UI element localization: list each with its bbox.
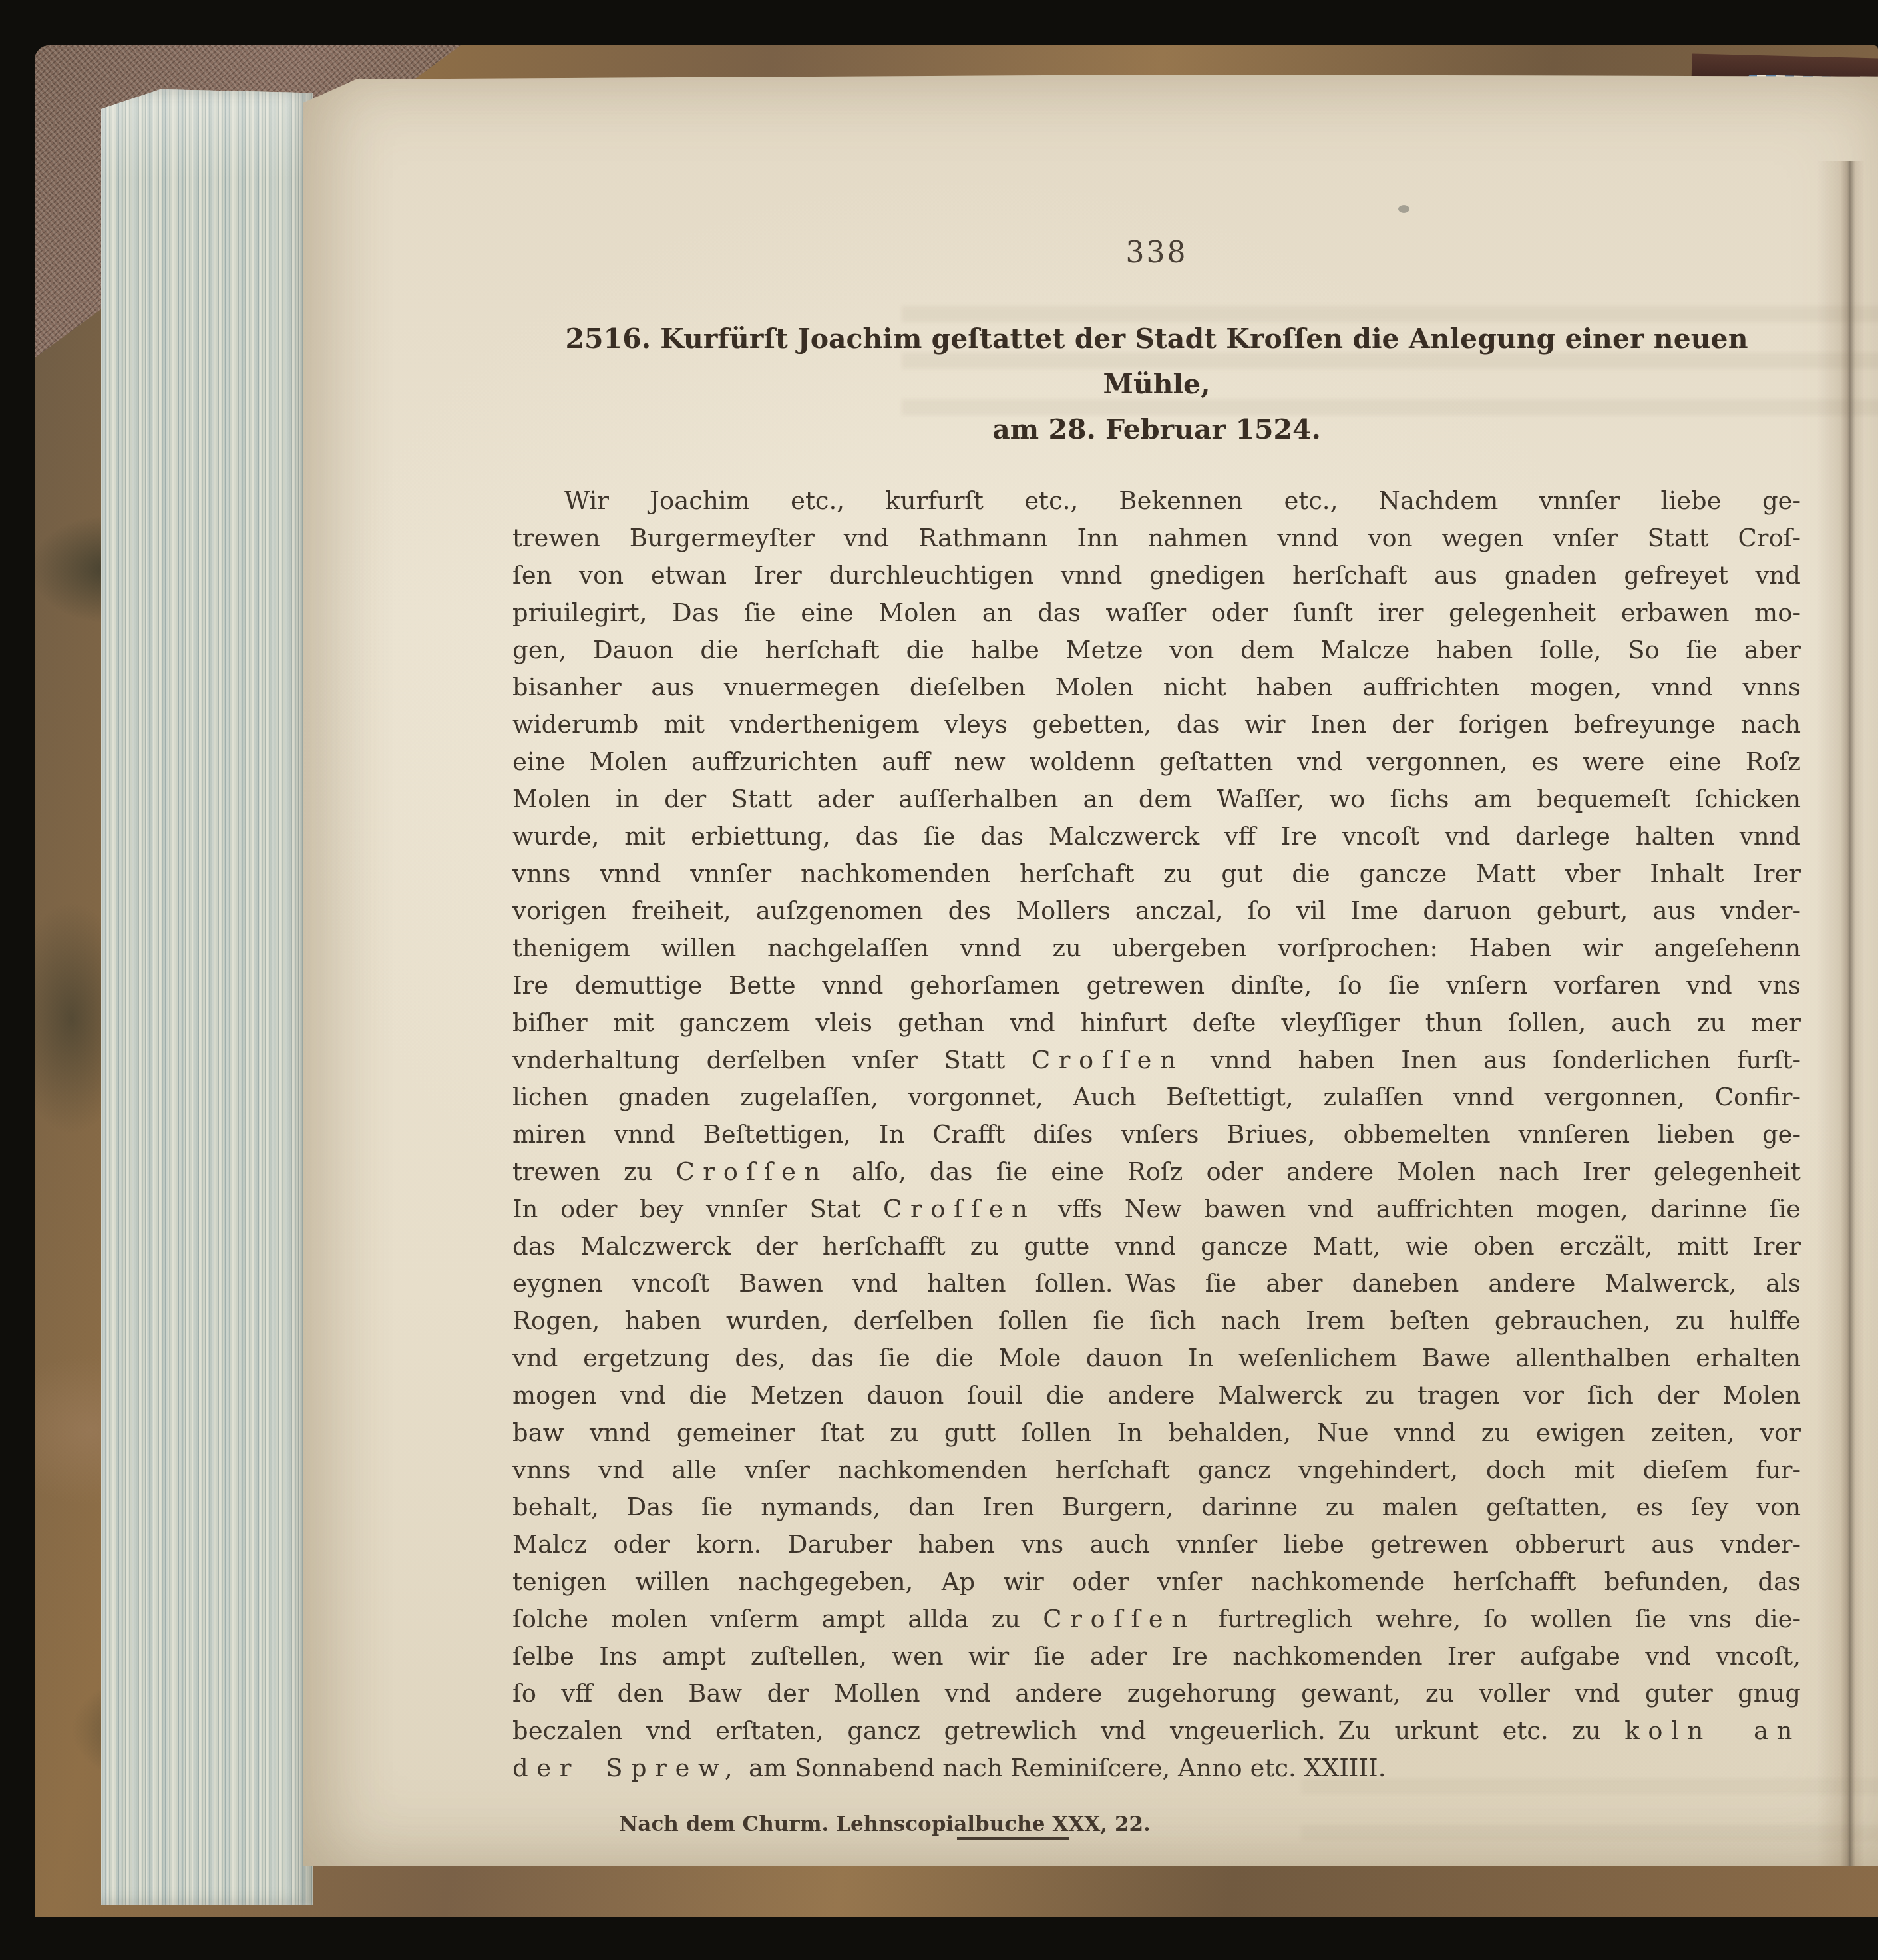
body-line: baw vnnd gemeiner ſtat zu gutt ſollen In… <box>512 1414 1801 1452</box>
body-line: vorigen freiheit, auſzgenomen des Moller… <box>512 892 1801 930</box>
body-line: bisanher aus vnuermegen dieſelben Molen … <box>512 669 1801 706</box>
body-line: Molen in der Statt ader auſſerhalben an … <box>512 781 1801 818</box>
body-line: vnns vnnd vnnſer nachkomenden herſchaft … <box>512 855 1801 892</box>
body-line: eine Molen auffzurichten auff new wolden… <box>512 743 1801 781</box>
scanned-book-photo: { "page": { "number": "338", "heading": … <box>0 0 1878 1960</box>
letterspaced-word: der Sprew, <box>512 1754 741 1782</box>
body-line: der Sprew, am Sonnabend nach Reminiſcere… <box>512 1750 1801 1787</box>
body-line: trewen zu Croſſen alſo, das ſie eine Roſ… <box>512 1153 1801 1191</box>
body-line: beczalen vnd erſtaten, gancz getrewlich … <box>512 1712 1801 1750</box>
letterspaced-word: Croſſen <box>883 1195 1035 1223</box>
letterspaced-word: Croſſen <box>675 1157 828 1186</box>
body-line: das Malczwerck der herſchafft zu gutte v… <box>512 1228 1801 1265</box>
heading-line-1: 2516. Kurfürſt Joachim geſtattet der Sta… <box>512 316 1801 407</box>
source-footnote: Nach dem Churm. Lehnscopialbuche XXX, 22… <box>619 1812 1801 1836</box>
body-line: widerumb mit vnderthenigem vleys gebette… <box>512 706 1801 743</box>
body-line: ſelbe Ins ampt zuſtellen, wen wir ſie ad… <box>512 1638 1801 1675</box>
body-line: miren vnnd Beſtettigen, In Crafft diſes … <box>512 1116 1801 1153</box>
body-line: vnd ergetzung des, das ſie die Mole dauo… <box>512 1340 1801 1377</box>
text-block: 338 2516. Kurfürſt Joachim geſtattet der… <box>512 75 1801 1836</box>
letterspaced-word: Croſſen <box>1043 1605 1195 1633</box>
body-line: In oder bey vnnſer Stat Croſſen vffs New… <box>512 1191 1801 1228</box>
document-heading: 2516. Kurfürſt Joachim geſtattet der Sta… <box>512 316 1801 452</box>
body-line: lichen gnaden zugelaſſen, vorgonnet, Auc… <box>512 1079 1801 1116</box>
body-line: gen, Dauon die herſchaft die halbe Metze… <box>512 632 1801 669</box>
body-line: vnderhaltung derſelben vnſer Statt Croſſ… <box>512 1042 1801 1079</box>
letterspaced-word: Croſſen <box>1032 1046 1184 1074</box>
body-line: ſo vff den Baw der Mollen vnd andere zug… <box>512 1675 1801 1712</box>
body-line: eygnen vncoſt Bawen vnd halten ſollen. W… <box>512 1265 1801 1302</box>
body-line: thenigem willen nachgelaſſen vnnd zu ube… <box>512 930 1801 967</box>
letterspaced-word: koln an <box>1624 1716 1801 1745</box>
body-line: Wir Joachim etc., kurfurſt etc., Bekenne… <box>512 483 1801 520</box>
body-line: Ire demuttige Bette vnnd gehorſamen getr… <box>512 967 1801 1004</box>
body-line: trewen Burgermeyſter vnd Rathmann Inn na… <box>512 520 1801 557</box>
body-line: tenigen willen nachgegeben, Ap wir oder … <box>512 1563 1801 1601</box>
body-line: mogen vnd die Metzen dauon ſouil die and… <box>512 1377 1801 1414</box>
page-edge-stack <box>101 89 313 1905</box>
body-line: Rogen, haben wurden, derſelben ſollen ſi… <box>512 1302 1801 1340</box>
body-text: Wir Joachim etc., kurfurſt etc., Bekenne… <box>512 483 1801 1787</box>
body-line: vnns vnd alle vnſer nachkomenden herſcha… <box>512 1452 1801 1489</box>
body-line: ſen von etwan Irer durchleuchtigen vnnd … <box>512 557 1801 594</box>
body-line: behalt, Das ſie nymands, dan Iren Burger… <box>512 1489 1801 1526</box>
body-line: ſolche molen vnſerm ampt allda zu Croſſe… <box>512 1601 1801 1638</box>
body-line: priuilegirt, Das ſie eine Molen an das w… <box>512 594 1801 632</box>
body-line: wurde, mit erbiettung, das ſie das Malcz… <box>512 818 1801 855</box>
body-line: Malcz oder korn. Daruber haben vns auch … <box>512 1526 1801 1563</box>
body-line: biſher mit ganczem vleis gethan vnd hinf… <box>512 1004 1801 1042</box>
gutter-crease <box>1817 161 1878 1938</box>
section-divider-rule <box>957 1837 1069 1840</box>
heading-line-2: am 28. Februar 1524. <box>512 407 1801 452</box>
book-page: 338 2516. Kurfürſt Joachim geſtattet der… <box>303 75 1878 1866</box>
page-number: 338 <box>512 236 1801 270</box>
